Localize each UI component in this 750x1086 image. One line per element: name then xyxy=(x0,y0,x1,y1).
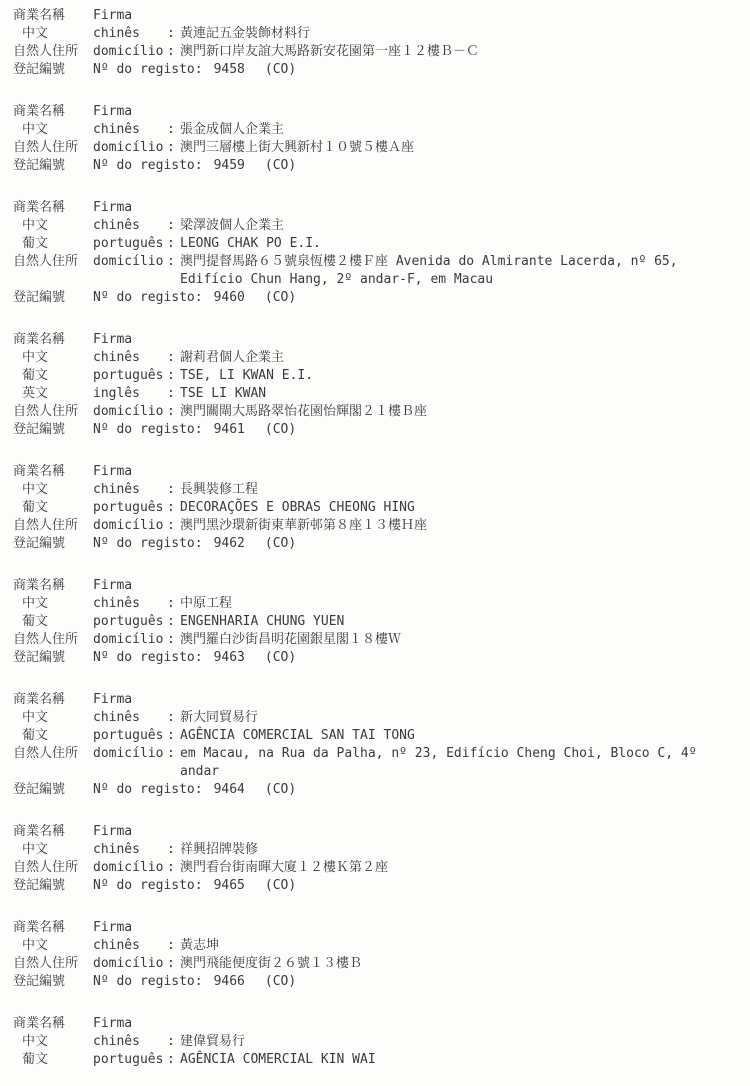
portuguese-label-zh: 葡文 xyxy=(13,499,93,517)
registry-label-pt: Nº do registo: xyxy=(93,973,203,991)
english-name-row: 英文 inglês : TSE LI KWAN xyxy=(13,385,742,403)
chinese-label-zh: 中文 xyxy=(13,937,93,955)
domicile-value: 澳門關閘大馬路翠怡花園怡輝閣２１樓Ｂ座 xyxy=(180,403,742,421)
chinese-name-row: 中文 chinês : 建偉貿易行 xyxy=(13,1033,742,1051)
domicile-label-pt: domicílio xyxy=(93,631,167,649)
domicile-label-zh: 自然人住所 xyxy=(13,745,93,763)
domicile-row: 自然人住所 domicílio : 澳門看台街南暉大廈１２樓Ｋ第２座 xyxy=(13,859,742,877)
chinese-label-pt: chinês xyxy=(93,349,167,367)
domicile-row: 自然人住所 domicílio : 澳門關閘大馬路翠怡花園怡輝閣２１樓Ｂ座 xyxy=(13,403,742,421)
english-label-pt: inglês xyxy=(93,385,167,403)
firma-label-zh: 商業名稱 xyxy=(13,1015,93,1033)
registry-suffix: (CO) xyxy=(265,877,296,895)
chinese-label-pt: chinês xyxy=(93,595,167,613)
firma-label-pt: Firma xyxy=(93,691,167,709)
firma-label-zh: 商業名稱 xyxy=(13,691,93,709)
registry-suffix: (CO) xyxy=(265,535,296,553)
chinese-name-value: 中原工程 xyxy=(180,595,742,613)
portuguese-name-value: DECORAÇÕES E OBRAS CHEONG HING xyxy=(180,499,742,517)
domicile-value: 澳門黑沙環新街東華新邨第８座１３樓Ｈ座 xyxy=(180,517,742,535)
domicile-row: 自然人住所 domicílio : 澳門飛能便度街２６號１３樓Ｂ xyxy=(13,955,742,973)
domicile-label-pt: domicílio xyxy=(93,139,167,157)
domicile-label-pt: domicílio xyxy=(93,253,167,271)
registry-label-pt: Nº do registo: xyxy=(93,649,203,667)
registry-number: 9459 xyxy=(214,157,245,175)
registry-label-zh: 登記編號 xyxy=(13,781,93,799)
domicile-value: 澳門三層樓上街大興新村１０號５樓Ａ座 xyxy=(180,139,742,157)
registry-number: 9464 xyxy=(214,781,245,799)
colon: : xyxy=(167,121,180,139)
firma-row: 商業名稱 Firma xyxy=(13,331,742,349)
colon: : xyxy=(167,43,180,61)
record: 商業名稱 Firma 中文 chinês : 長興裝修工程 葡文 portugu… xyxy=(13,463,742,553)
portuguese-label-pt: português xyxy=(93,727,167,745)
domicile-label-pt: domicílio xyxy=(93,517,167,535)
registry-number: 9461 xyxy=(214,421,245,439)
domicile-label-zh: 自然人住所 xyxy=(13,139,93,157)
chinese-label-zh: 中文 xyxy=(13,121,93,139)
domicile-label-pt: domicílio xyxy=(93,955,167,973)
firma-label-zh: 商業名稱 xyxy=(13,103,93,121)
colon: : xyxy=(167,595,180,613)
colon: : xyxy=(167,859,180,877)
firma-label-zh: 商業名稱 xyxy=(13,199,93,217)
firma-label-zh: 商業名稱 xyxy=(13,463,93,481)
domicile-label-zh: 自然人住所 xyxy=(13,403,93,421)
registry-label-zh: 登記編號 xyxy=(13,421,93,439)
firma-row: 商業名稱 Firma xyxy=(13,463,742,481)
firma-row: 商業名稱 Firma xyxy=(13,1015,742,1033)
chinese-label-zh: 中文 xyxy=(13,1033,93,1051)
english-name-value: TSE LI KWAN xyxy=(180,385,742,403)
firma-row: 商業名稱 Firma xyxy=(13,919,742,937)
firma-label-pt: Firma xyxy=(93,1015,167,1033)
domicile-label-pt: domicílio xyxy=(93,403,167,421)
registry-number: 9460 xyxy=(214,289,245,307)
record: 商業名稱 Firma 中文 chinês : 張金成個人企業主 自然人住所 do… xyxy=(13,103,742,175)
chinese-name-value: 新大同貿易行 xyxy=(180,709,742,727)
colon: : xyxy=(167,385,180,403)
firma-row: 商業名稱 Firma xyxy=(13,823,742,841)
colon: : xyxy=(167,349,180,367)
colon: : xyxy=(167,709,180,727)
registry-label-zh: 登記編號 xyxy=(13,877,93,895)
registry-row: 登記編號 Nº do registo: 9459 (CO) xyxy=(13,157,742,175)
domicile-value: 澳門新口岸友誼大馬路新安花園第一座１２樓Ｂ－Ｃ xyxy=(180,43,742,61)
colon: : xyxy=(167,235,180,253)
domicile-value: 澳門羅白沙街昌明花園銀星閣１８樓Ｗ xyxy=(180,631,742,649)
firma-row: 商業名稱 Firma xyxy=(13,199,742,217)
portuguese-label-zh: 葡文 xyxy=(13,1051,93,1069)
domicile-row: 自然人住所 domicílio : 澳門提督馬路６５號泉恆樓２樓Ｆ座 Aveni… xyxy=(13,253,742,289)
portuguese-name-row: 葡文 português : ENGENHARIA CHUNG YUEN xyxy=(13,613,742,631)
registry-label-pt: Nº do registo: xyxy=(93,877,203,895)
chinese-name-row: 中文 chinês : 中原工程 xyxy=(13,595,742,613)
colon: : xyxy=(167,1033,180,1051)
colon: : xyxy=(167,253,180,271)
portuguese-label-pt: português xyxy=(93,235,167,253)
colon: : xyxy=(167,481,180,499)
registry-number: 9465 xyxy=(214,877,245,895)
registry-row: 登記編號 Nº do registo: 9465 (CO) xyxy=(13,877,742,895)
chinese-name-row: 中文 chinês : 祥興招牌裝修 xyxy=(13,841,742,859)
chinese-label-zh: 中文 xyxy=(13,709,93,727)
chinese-name-value: 長興裝修工程 xyxy=(180,481,742,499)
registry-number: 9463 xyxy=(214,649,245,667)
chinese-name-row: 中文 chinês : 長興裝修工程 xyxy=(13,481,742,499)
domicile-label-pt: domicílio xyxy=(93,859,167,877)
chinese-name-row: 中文 chinês : 梁澤波個人企業主 xyxy=(13,217,742,235)
chinese-label-pt: chinês xyxy=(93,121,167,139)
domicile-label-pt: domicílio xyxy=(93,43,167,61)
colon: : xyxy=(167,217,180,235)
portuguese-name-value: AGÊNCIA COMERCIAL KIN WAI xyxy=(180,1051,742,1069)
chinese-name-value: 祥興招牌裝修 xyxy=(180,841,742,859)
firma-label-zh: 商業名稱 xyxy=(13,823,93,841)
firma-label-pt: Firma xyxy=(93,199,167,217)
domicile-label-zh: 自然人住所 xyxy=(13,631,93,649)
colon: : xyxy=(167,403,180,421)
record: 商業名稱 Firma 中文 chinês : 梁澤波個人企業主 葡文 portu… xyxy=(13,199,742,307)
registry-row: 登記編號 Nº do registo: 9461 (CO) xyxy=(13,421,742,439)
chinese-label-pt: chinês xyxy=(93,25,167,43)
chinese-name-value: 梁澤波個人企業主 xyxy=(180,217,742,235)
registry-row: 登記編號 Nº do registo: 9458 (CO) xyxy=(13,61,742,79)
portuguese-name-value: ENGENHARIA CHUNG YUEN xyxy=(180,613,742,631)
domicile-value: em Macau, na Rua da Palha, nº 23, Edifíc… xyxy=(180,745,742,781)
registry-label-pt: Nº do registo: xyxy=(93,535,203,553)
domicile-label-pt: domicílio xyxy=(93,745,167,763)
chinese-label-zh: 中文 xyxy=(13,217,93,235)
chinese-name-value: 黃志坤 xyxy=(180,937,742,955)
portuguese-label-zh: 葡文 xyxy=(13,367,93,385)
colon: : xyxy=(167,745,180,763)
chinese-label-pt: chinês xyxy=(93,937,167,955)
firma-label-zh: 商業名稱 xyxy=(13,577,93,595)
chinese-label-pt: chinês xyxy=(93,1033,167,1051)
domicile-label-zh: 自然人住所 xyxy=(13,859,93,877)
firma-label-zh: 商業名稱 xyxy=(13,919,93,937)
chinese-name-value: 張金成個人企業主 xyxy=(180,121,742,139)
colon: : xyxy=(167,367,180,385)
domicile-label-zh: 自然人住所 xyxy=(13,43,93,61)
colon: : xyxy=(167,841,180,859)
registry-label-pt: Nº do registo: xyxy=(93,421,203,439)
registry-label-pt: Nº do registo: xyxy=(93,781,203,799)
portuguese-name-row: 葡文 português : LEONG CHAK PO E.I. xyxy=(13,235,742,253)
portuguese-label-zh: 葡文 xyxy=(13,235,93,253)
registry-label-zh: 登記編號 xyxy=(13,61,93,79)
registry-suffix: (CO) xyxy=(265,973,296,991)
firma-label-pt: Firma xyxy=(93,103,167,121)
portuguese-name-row: 葡文 português : DECORAÇÕES E OBRAS CHEONG… xyxy=(13,499,742,517)
chinese-name-row: 中文 chinês : 黃志坤 xyxy=(13,937,742,955)
portuguese-label-pt: português xyxy=(93,1051,167,1069)
portuguese-name-row: 葡文 português : AGÊNCIA COMERCIAL KIN WAI xyxy=(13,1051,742,1069)
domicile-label-zh: 自然人住所 xyxy=(13,253,93,271)
record: 商業名稱 Firma 中文 chinês : 黃連記五金裝飾材料行 自然人住所 … xyxy=(13,7,742,79)
colon: : xyxy=(167,631,180,649)
registry-row: 登記編號 Nº do registo: 9464 (CO) xyxy=(13,781,742,799)
colon: : xyxy=(167,937,180,955)
registry-page: 商業名稱 Firma 中文 chinês : 黃連記五金裝飾材料行 自然人住所 … xyxy=(0,0,750,1069)
domicile-value: 澳門看台街南暉大廈１２樓Ｋ第２座 xyxy=(180,859,742,877)
domicile-label-zh: 自然人住所 xyxy=(13,517,93,535)
domicile-row: 自然人住所 domicílio : 澳門新口岸友誼大馬路新安花園第一座１２樓Ｂ－… xyxy=(13,43,742,61)
portuguese-label-zh: 葡文 xyxy=(13,727,93,745)
firma-row: 商業名稱 Firma xyxy=(13,103,742,121)
firma-label-zh: 商業名稱 xyxy=(13,7,93,25)
registry-row: 登記編號 Nº do registo: 9463 (CO) xyxy=(13,649,742,667)
firma-row: 商業名稱 Firma xyxy=(13,691,742,709)
registry-suffix: (CO) xyxy=(265,289,296,307)
record: 商業名稱 Firma 中文 chinês : 黃志坤 自然人住所 domicíl… xyxy=(13,919,742,991)
chinese-label-pt: chinês xyxy=(93,481,167,499)
registry-row: 登記編號 Nº do registo: 9462 (CO) xyxy=(13,535,742,553)
domicile-row: 自然人住所 domicílio : 澳門三層樓上街大興新村１０號５樓Ａ座 xyxy=(13,139,742,157)
domicile-row: 自然人住所 domicílio : 澳門羅白沙街昌明花園銀星閣１８樓Ｗ xyxy=(13,631,742,649)
chinese-name-row: 中文 chinês : 黃連記五金裝飾材料行 xyxy=(13,25,742,43)
chinese-name-row: 中文 chinês : 謝莉君個人企業主 xyxy=(13,349,742,367)
firma-label-pt: Firma xyxy=(93,7,167,25)
registry-label-pt: Nº do registo: xyxy=(93,289,203,307)
record: 商業名稱 Firma 中文 chinês : 新大同貿易行 葡文 portugu… xyxy=(13,691,742,799)
chinese-label-pt: chinês xyxy=(93,217,167,235)
registry-suffix: (CO) xyxy=(265,781,296,799)
registry-suffix: (CO) xyxy=(265,421,296,439)
registry-label-zh: 登記編號 xyxy=(13,289,93,307)
chinese-label-zh: 中文 xyxy=(13,25,93,43)
registry-number: 9466 xyxy=(214,973,245,991)
portuguese-name-row: 葡文 português : TSE, LI KWAN E.I. xyxy=(13,367,742,385)
chinese-name-value: 建偉貿易行 xyxy=(180,1033,742,1051)
registry-label-zh: 登記編號 xyxy=(13,535,93,553)
chinese-name-value: 黃連記五金裝飾材料行 xyxy=(180,25,742,43)
registry-label-zh: 登記編號 xyxy=(13,649,93,667)
firma-label-pt: Firma xyxy=(93,919,167,937)
record: 商業名稱 Firma 中文 chinês : 建偉貿易行 葡文 portuguê… xyxy=(13,1015,742,1069)
firma-label-zh: 商業名稱 xyxy=(13,331,93,349)
portuguese-label-zh: 葡文 xyxy=(13,613,93,631)
domicile-label-zh: 自然人住所 xyxy=(13,955,93,973)
chinese-name-row: 中文 chinês : 張金成個人企業主 xyxy=(13,121,742,139)
chinese-label-pt: chinês xyxy=(93,709,167,727)
domicile-row: 自然人住所 domicílio : em Macau, na Rua da Pa… xyxy=(13,745,742,781)
portuguese-label-pt: português xyxy=(93,367,167,385)
portuguese-name-value: AGÊNCIA COMERCIAL SAN TAI TONG xyxy=(180,727,742,745)
record: 商業名稱 Firma 中文 chinês : 中原工程 葡文 português… xyxy=(13,577,742,667)
registry-label-pt: Nº do registo: xyxy=(93,61,203,79)
registry-number: 9462 xyxy=(214,535,245,553)
registry-label-pt: Nº do registo: xyxy=(93,157,203,175)
colon: : xyxy=(167,139,180,157)
portuguese-name-row: 葡文 português : AGÊNCIA COMERCIAL SAN TAI… xyxy=(13,727,742,745)
record: 商業名稱 Firma 中文 chinês : 祥興招牌裝修 自然人住所 domi… xyxy=(13,823,742,895)
registry-suffix: (CO) xyxy=(265,157,296,175)
colon: : xyxy=(167,1051,180,1069)
chinese-label-zh: 中文 xyxy=(13,481,93,499)
english-label-zh: 英文 xyxy=(13,385,93,403)
firma-label-pt: Firma xyxy=(93,331,167,349)
domicile-value: 澳門提督馬路６５號泉恆樓２樓Ｆ座 Avenida do Almirante La… xyxy=(180,253,742,289)
firma-label-pt: Firma xyxy=(93,823,167,841)
registry-suffix: (CO) xyxy=(265,61,296,79)
chinese-label-zh: 中文 xyxy=(13,349,93,367)
registry-label-zh: 登記編號 xyxy=(13,157,93,175)
firma-label-pt: Firma xyxy=(93,463,167,481)
registry-row: 登記編號 Nº do registo: 9466 (CO) xyxy=(13,973,742,991)
record: 商業名稱 Firma 中文 chinês : 謝莉君個人企業主 葡文 portu… xyxy=(13,331,742,439)
colon: : xyxy=(167,727,180,745)
colon: : xyxy=(167,517,180,535)
chinese-label-pt: chinês xyxy=(93,841,167,859)
portuguese-name-value: LEONG CHAK PO E.I. xyxy=(180,235,742,253)
portuguese-label-pt: português xyxy=(93,613,167,631)
chinese-label-zh: 中文 xyxy=(13,595,93,613)
portuguese-name-value: TSE, LI KWAN E.I. xyxy=(180,367,742,385)
colon: : xyxy=(167,955,180,973)
chinese-name-row: 中文 chinês : 新大同貿易行 xyxy=(13,709,742,727)
colon: : xyxy=(167,499,180,517)
registry-label-zh: 登記編號 xyxy=(13,973,93,991)
chinese-name-value: 謝莉君個人企業主 xyxy=(180,349,742,367)
colon: : xyxy=(167,25,180,43)
registry-number: 9458 xyxy=(214,61,245,79)
portuguese-label-pt: português xyxy=(93,499,167,517)
domicile-row: 自然人住所 domicílio : 澳門黑沙環新街東華新邨第８座１３樓Ｈ座 xyxy=(13,517,742,535)
firma-label-pt: Firma xyxy=(93,577,167,595)
domicile-value: 澳門飛能便度街２６號１３樓Ｂ xyxy=(180,955,742,973)
firma-row: 商業名稱 Firma xyxy=(13,577,742,595)
colon: : xyxy=(167,613,180,631)
registry-suffix: (CO) xyxy=(265,649,296,667)
firma-row: 商業名稱 Firma xyxy=(13,7,742,25)
chinese-label-zh: 中文 xyxy=(13,841,93,859)
registry-row: 登記編號 Nº do registo: 9460 (CO) xyxy=(13,289,742,307)
